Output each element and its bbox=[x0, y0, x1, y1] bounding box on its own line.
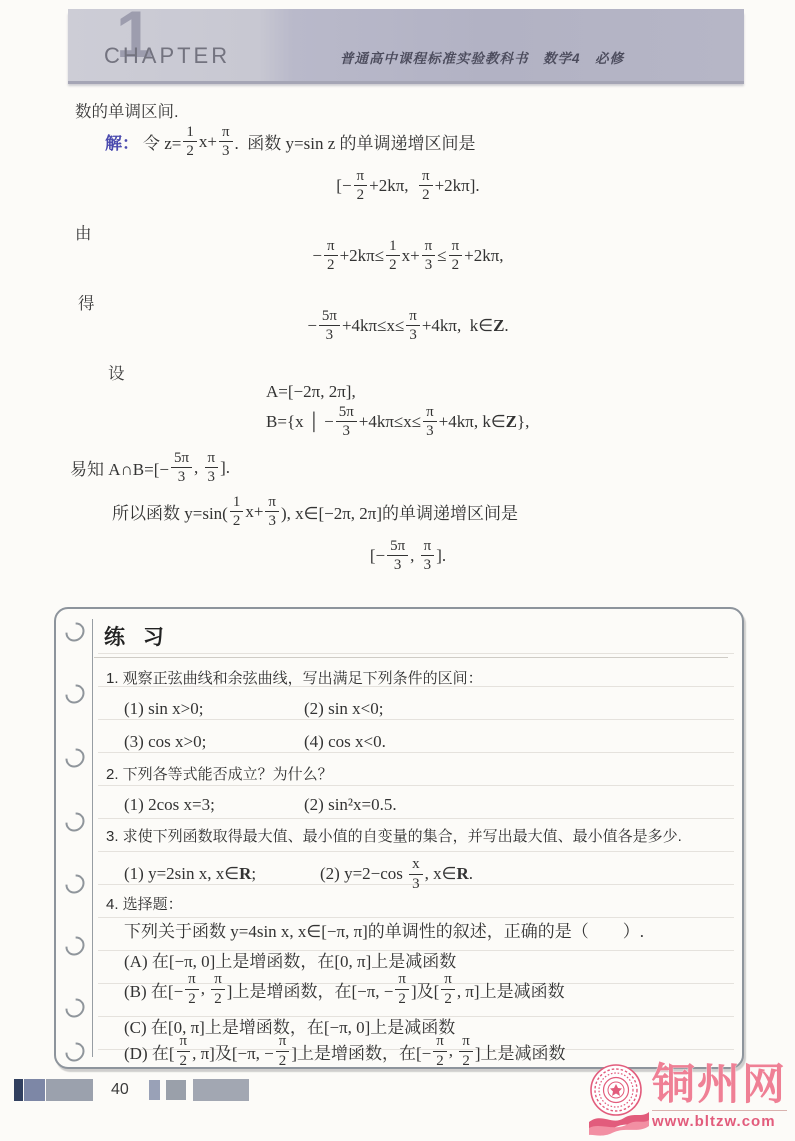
formula-inequality-z: −π2+2kπ≤12x+π3≤π2+2kπ, bbox=[70, 238, 746, 274]
decorative-block bbox=[149, 1080, 160, 1100]
option-d: (D) 在[π2, π]及[−π, −π2]上是增函数，在[−π2, π2]上是… bbox=[106, 1031, 566, 1071]
exercise-title: 练 习 bbox=[104, 621, 170, 651]
page-number: 40 bbox=[111, 1081, 129, 1099]
formula-final-interval: [−5π3, π3]. bbox=[70, 538, 746, 574]
spiral-ring-icon bbox=[62, 995, 89, 1022]
problem-2-stem: 2. 下列各等式能否成立？为什么？ bbox=[106, 763, 333, 784]
formula-increase-interval: [−π2+2kπ, π2+2kπ]. bbox=[70, 168, 746, 204]
solve-line-math: 令 z=12x+π3. 函数 y=sin z 的单调递增区间是 bbox=[143, 124, 476, 160]
decorative-block bbox=[24, 1079, 45, 1101]
problem-4-stem: 4. 选择题： bbox=[106, 893, 183, 914]
problem-3-items-row: (1) y=2sin x, x∈R; (2) y=2−cos x3, x∈R. bbox=[106, 855, 473, 893]
problem-3-item-1: (1) y=2sin x, x∈R; bbox=[124, 864, 320, 884]
decorative-block bbox=[46, 1079, 93, 1101]
solution-section: 数的单调区间. 解： 令 z=12x+π3. 函数 y=sin z 的单调递增区… bbox=[70, 98, 746, 588]
chapter-banner: 1 CHAPTER 普通高中课程标准实验教科书 数学4 必修 bbox=[68, 9, 744, 81]
problem-3-stem: 3. 求使下列函数取得最大值、最小值的自变量的集合，并写出最大值、最小值各是多少… bbox=[106, 825, 682, 846]
decorative-block bbox=[193, 1079, 249, 1101]
spiral-ring-icon bbox=[62, 933, 89, 960]
option-b: (B) 在[−π2, π2]上是增函数，在[−π, −π2]及[π2, π]上是… bbox=[106, 969, 565, 1009]
problem-1-items-row-1: (1) sin x>0; (2) sin x<0; bbox=[106, 699, 383, 719]
exercise-box: 练 习 1. 观察正弦曲线和余弦曲线，写出满足下列条件的区间： (1) sin … bbox=[54, 607, 744, 1069]
problem-1-items-row-2: (3) cos x>0; (4) cos x<0. bbox=[106, 732, 386, 752]
let-label: 设 bbox=[108, 360, 125, 384]
spiral-ring-icon bbox=[62, 1039, 89, 1066]
spiral-ring-icon bbox=[62, 745, 89, 772]
spiral-ring-icon bbox=[62, 619, 89, 646]
exercise-content: 练 习 1. 观察正弦曲线和余弦曲线，写出满足下列条件的区间： (1) sin … bbox=[102, 617, 728, 1063]
watermark: 铜州网 www.bltzw.com bbox=[588, 1062, 795, 1141]
formula-set-b: B={x │ −5π3+4kπ≤x≤π3+4kπ, k∈Z}, bbox=[266, 404, 529, 440]
conclusion-line: 所以函数 y=sin(12x+π3), x∈[−2π, 2π]的单调递增区间是 bbox=[112, 494, 518, 530]
spiral-ring-icon bbox=[62, 871, 89, 898]
spiral-ring-icon bbox=[62, 681, 89, 708]
problem-1-stem: 1. 观察正弦曲线和余弦曲线，写出满足下列条件的区间： bbox=[106, 667, 483, 688]
solve-label: 解： bbox=[105, 129, 139, 154]
solution-intro: 数的单调区间. bbox=[75, 98, 179, 122]
formula-intersection: 易知 A∩B=[−5π3, π3]. bbox=[70, 450, 230, 486]
problem-4-question: 下列关于函数 y=4sin x, x∈[−π, π]的单调性的叙述，正确的是（ … bbox=[106, 917, 644, 942]
decorative-block bbox=[166, 1080, 186, 1100]
footer-page-strip: 40 bbox=[14, 1078, 249, 1102]
title-rule bbox=[94, 657, 728, 658]
watermark-site-name: 铜州网 bbox=[652, 1062, 787, 1109]
chapter-label: CHAPTER bbox=[104, 43, 230, 69]
watermark-seal-icon bbox=[588, 1062, 650, 1141]
margin-line bbox=[92, 619, 93, 1057]
decorative-block bbox=[14, 1079, 23, 1101]
solve-line: 解： 令 z=12x+π3. 函数 y=sin z 的单调递增区间是 bbox=[105, 124, 476, 160]
formula-set-a: A=[−2π, 2π], bbox=[266, 382, 356, 402]
formula-inequality-x: −5π3+4kπ≤x≤π3+4kπ, k∈Z. bbox=[70, 308, 746, 344]
watermark-site-url: www.bltzw.com bbox=[652, 1110, 787, 1130]
problem-2-items-row: (1) 2cos x=3; (2) sin²x=0.5. bbox=[106, 795, 397, 815]
spiral-ring-icon bbox=[62, 809, 89, 836]
book-title: 普通高中课程标准实验教科书 数学4 必修 bbox=[340, 47, 624, 67]
problem-3-item-2: (2) y=2−cos x3, x∈R. bbox=[320, 856, 473, 892]
